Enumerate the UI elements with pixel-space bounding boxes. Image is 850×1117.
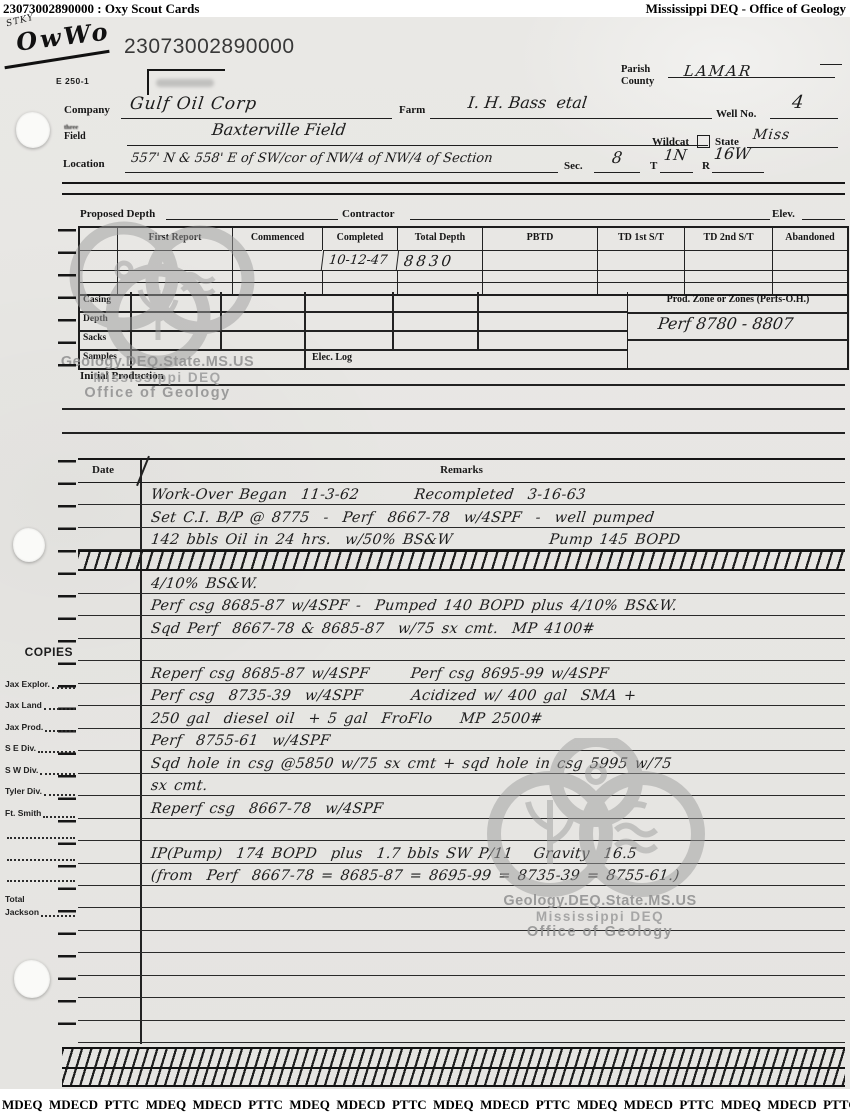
footer-text: MDEQ MDECD PTTC MDEQ MDECD PTTC MDEQ MDE…: [2, 1097, 850, 1113]
column-header: PBTD: [482, 228, 597, 250]
remark-text: Perf csg 8685-87 w/4SPF - Pumped 140 BOP…: [150, 598, 678, 614]
sec-value: 8: [611, 148, 624, 167]
elec-log-label: Elec. Log: [312, 352, 352, 363]
scanned-card: STKY OwWo 23073002890000 E 250-1 Parish …: [0, 17, 850, 1089]
ink-smudge: [156, 79, 214, 87]
range-label: R: [702, 160, 710, 172]
table-cell: [684, 250, 772, 270]
rule-line: [802, 219, 845, 220]
remark-text: Work-Over Began 11-3-62 Recompleted 3-16…: [150, 487, 587, 503]
state-value: Miss: [752, 127, 791, 143]
wildcat-checkbox: [697, 135, 710, 148]
copies-item: [0, 861, 78, 883]
dotted-line: [43, 813, 75, 818]
api-number: 23073002890000: [124, 35, 295, 59]
bottom-hatch-band: [62, 1047, 845, 1087]
rule-line: [62, 182, 845, 184]
remark-row: [78, 886, 845, 908]
table-cell: [397, 270, 482, 282]
county-label: County: [621, 76, 654, 87]
township-underline: [660, 172, 693, 173]
watermark-line: Geology.DEQ.State.MS.US: [50, 354, 265, 370]
rule-line: [820, 64, 842, 65]
table-cell: [597, 270, 684, 282]
header-title-right: Mississippi DEQ - Office of Geology: [646, 1, 846, 17]
remark-text: Reperf csg 8685-87 w/4SPF Perf csg 8695-…: [150, 666, 610, 682]
remark-row: [78, 998, 845, 1020]
rule-line: [392, 292, 394, 349]
copies-item: Tyler Div.: [0, 775, 78, 797]
rule-line: [304, 292, 306, 368]
remark-text: Reperf csg 8667-78 w/4SPF: [150, 801, 384, 817]
copies-item: [0, 839, 78, 861]
table-cell: [684, 270, 772, 282]
remark-text: sx cmt.: [150, 778, 209, 794]
copies-item-label: Total: [5, 894, 25, 904]
well-no-underline: [770, 118, 838, 119]
farm-value: I. H. Bass etal: [467, 93, 588, 112]
remark-row: sx cmt.: [78, 774, 845, 796]
proposed-depth-label: Proposed Depth: [80, 208, 155, 220]
remark-row: 250 gal diesel oil + 5 gal FroFlo MP 250…: [78, 706, 845, 728]
remark-text: 250 gal diesel oil + 5 gal FroFlo MP 250…: [150, 711, 544, 727]
watermark-line: Office of Geology: [485, 924, 715, 940]
copies-item: S W Div.: [0, 753, 78, 775]
elev-label: Elev.: [772, 208, 795, 220]
form-number: E 250-1: [56, 76, 89, 86]
dotted-line: [38, 748, 75, 753]
copies-item: Jax Prod.: [0, 710, 78, 732]
table-cell: [772, 270, 847, 282]
remark-row: [78, 931, 845, 953]
parish-county-value: LAMAR: [683, 62, 753, 80]
remark-row: 4/10% BS&W.: [78, 571, 845, 593]
hole-punch: [14, 960, 50, 998]
rule-line: [628, 339, 848, 341]
remark-row: 142 bbls Oil in 24 hrs. w/50% BS&W Pump …: [78, 528, 845, 550]
contractor-label: Contractor: [342, 208, 395, 220]
remark-row: [78, 953, 845, 975]
dotted-line: [41, 912, 75, 917]
mdeq-logo-watermark: [468, 738, 718, 898]
rule-line: [62, 1067, 845, 1069]
watermark-line: Geology.DEQ.State.MS.US: [485, 893, 715, 909]
table-cell: [482, 250, 597, 270]
completed-date-cell: 10-12-47: [321, 250, 398, 270]
table-cell: [597, 250, 684, 270]
well-no-label: Well No.: [716, 108, 756, 120]
remark-row: Perf csg 8735-39 w/4SPF Acidized w/ 400 …: [78, 684, 845, 706]
copies-item: Total: [0, 882, 78, 904]
dotted-line: [44, 791, 75, 796]
table-cell: [772, 250, 847, 270]
dotted-line: [7, 877, 75, 882]
remark-text: Perf csg 8735-39 w/4SPF Acidized w/ 400 …: [150, 688, 637, 704]
range-underline: [712, 172, 764, 173]
township-label: T: [650, 160, 657, 172]
remarks-table: Date Remarks Work-Over Began 11-3-62 Rec…: [78, 458, 845, 1044]
remark-row: [78, 976, 845, 998]
state-underline: [747, 147, 838, 148]
remark-row: Perf 8755-61 w/4SPF: [78, 729, 845, 751]
dotted-line: [44, 705, 75, 710]
copies-item: Jax Explor.: [0, 667, 78, 689]
remarks-header-row: Date Remarks: [78, 460, 845, 483]
column-header: TD 2nd S/T: [684, 228, 772, 250]
copies-title: COPIES: [0, 645, 78, 659]
farm-underline: [430, 118, 712, 119]
remark-row: [78, 908, 845, 930]
field-label: Field: [64, 131, 86, 142]
column-header: TD 1st S/T: [597, 228, 684, 250]
farm-label: Farm: [399, 104, 425, 116]
sec-underline: [594, 172, 640, 173]
location-label: Location: [63, 158, 105, 170]
copies-item: Jax Land: [0, 689, 78, 711]
hole-punch: [16, 112, 50, 148]
dotted-line: [7, 834, 75, 839]
watermark-line: Office of Geology: [50, 385, 265, 401]
field-value: Baxterville Field: [211, 120, 347, 139]
rule-line: [62, 408, 845, 410]
remark-row: IP(Pump) 174 BOPD plus 1.7 bbls SW P/11 …: [78, 841, 845, 863]
well-no-value: 4: [791, 92, 805, 113]
watermark-text: Geology.DEQ.State.MS.US Mississippi DEQ …: [50, 354, 265, 401]
table-cell: [482, 270, 597, 282]
remark-text: 142 bbls Oil in 24 hrs. w/50% BS&W Pump …: [150, 532, 681, 548]
copies-item: Jackson: [0, 904, 78, 917]
total-depth-cell: 8830: [396, 250, 483, 270]
sec-label: Sec.: [564, 160, 583, 172]
field-underline: [127, 145, 708, 146]
remark-row: [78, 1021, 845, 1043]
rule-line: [62, 432, 845, 434]
remark-row: Set C.I. B/P @ 8775 - Perf 8667-78 w/4SP…: [78, 505, 845, 527]
copies-item: Ft. Smith: [0, 796, 78, 818]
location-value: 557' N & 558' E of SW/cor of NW/4 of NW/…: [130, 151, 493, 166]
range-value: 16W: [713, 144, 752, 163]
dotted-line: [7, 856, 75, 861]
prod-zone-value: Perf 8780 - 8807: [657, 314, 795, 333]
remark-row: [78, 819, 845, 841]
remark-row: Perf csg 8685-87 w/4SPF - Pumped 140 BOP…: [78, 594, 845, 616]
remark-row: [78, 639, 845, 661]
hole-punch: [13, 528, 45, 562]
company-underline: [121, 118, 392, 119]
copies-item-label: Ft. Smith: [5, 808, 41, 818]
township-value: 1N: [663, 146, 688, 164]
copies-item: [0, 818, 78, 840]
location-underline: [125, 172, 558, 173]
remarks-header: Remarks: [78, 464, 845, 476]
dotted-line: [45, 727, 75, 732]
remark-text: Sqd Perf 8667-78 & 8685-87 w/75 sx cmt. …: [150, 621, 596, 637]
rule-line: [410, 219, 770, 220]
watermark-text: Geology.DEQ.State.MS.US Mississippi DEQ …: [485, 893, 715, 940]
print-header: 23073002890000 : Oxy Scout Cards Mississ…: [0, 0, 850, 17]
dotted-line: [52, 684, 75, 689]
remark-text: Set C.I. B/P @ 8775 - Perf 8667-78 w/4SP…: [150, 510, 655, 526]
column-header: Total Depth: [397, 228, 482, 250]
parish-label: Parish: [621, 64, 650, 75]
copies-panel: COPIES Jax Explor. Jax Land Jax Prod. S …: [0, 645, 78, 917]
copies-item-label: Jackson: [5, 907, 39, 917]
remark-row: Reperf csg 8685-87 w/4SPF Perf csg 8695-…: [78, 661, 845, 683]
field-label-small: three: [64, 124, 78, 131]
hatch-band: [78, 550, 845, 571]
margin-ticks: [58, 229, 76, 379]
watermark-line: Mississippi DEQ: [485, 909, 715, 924]
remark-row: (from Perf 8667-78 = 8685-87 = 8695-99 =…: [78, 864, 845, 886]
rule-line: [62, 193, 845, 195]
print-footer: MDEQ MDECD PTTC MDEQ MDECD PTTC MDEQ MDE…: [0, 1089, 850, 1117]
remark-row: Sqd hole in csg @5850 w/75 sx cmt + sqd …: [78, 751, 845, 773]
watermark-line: Mississippi DEQ: [50, 370, 265, 385]
copies-item-label: Jax Land: [5, 700, 42, 710]
rule-line: [477, 292, 479, 349]
prod-zone-box: Prod. Zone or Zones (Perfs-O.H.) Perf 87…: [627, 292, 848, 368]
copies-item-label: Tyler Div.: [5, 786, 42, 796]
prod-zone-label: Prod. Zone or Zones (Perfs-O.H.): [628, 294, 848, 305]
company-label: Company: [64, 104, 110, 116]
mdeq-logo-watermark: [52, 220, 282, 370]
copies-item-label: S E Div.: [5, 743, 36, 753]
remark-text: 4/10% BS&W.: [150, 576, 259, 592]
remark-row: Reperf csg 8667-78 w/4SPF: [78, 796, 845, 818]
copies-item-label: Jax Explor.: [5, 679, 50, 689]
copies-item-label: Jax Prod.: [5, 722, 43, 732]
copies-item-label: S W Div.: [5, 765, 38, 775]
column-header: Completed: [322, 228, 397, 250]
column-header: Abandoned: [772, 228, 847, 250]
dotted-line: [40, 770, 75, 775]
remark-text: Perf 8755-61 w/4SPF: [150, 733, 331, 749]
remark-row: Work-Over Began 11-3-62 Recompleted 3-16…: [78, 483, 845, 505]
table-cell: [322, 270, 397, 282]
copies-item: S E Div.: [0, 732, 78, 754]
remark-row: Sqd Perf 8667-78 & 8685-87 w/75 sx cmt. …: [78, 616, 845, 638]
company-value: Gulf Oil Corp: [129, 94, 259, 114]
